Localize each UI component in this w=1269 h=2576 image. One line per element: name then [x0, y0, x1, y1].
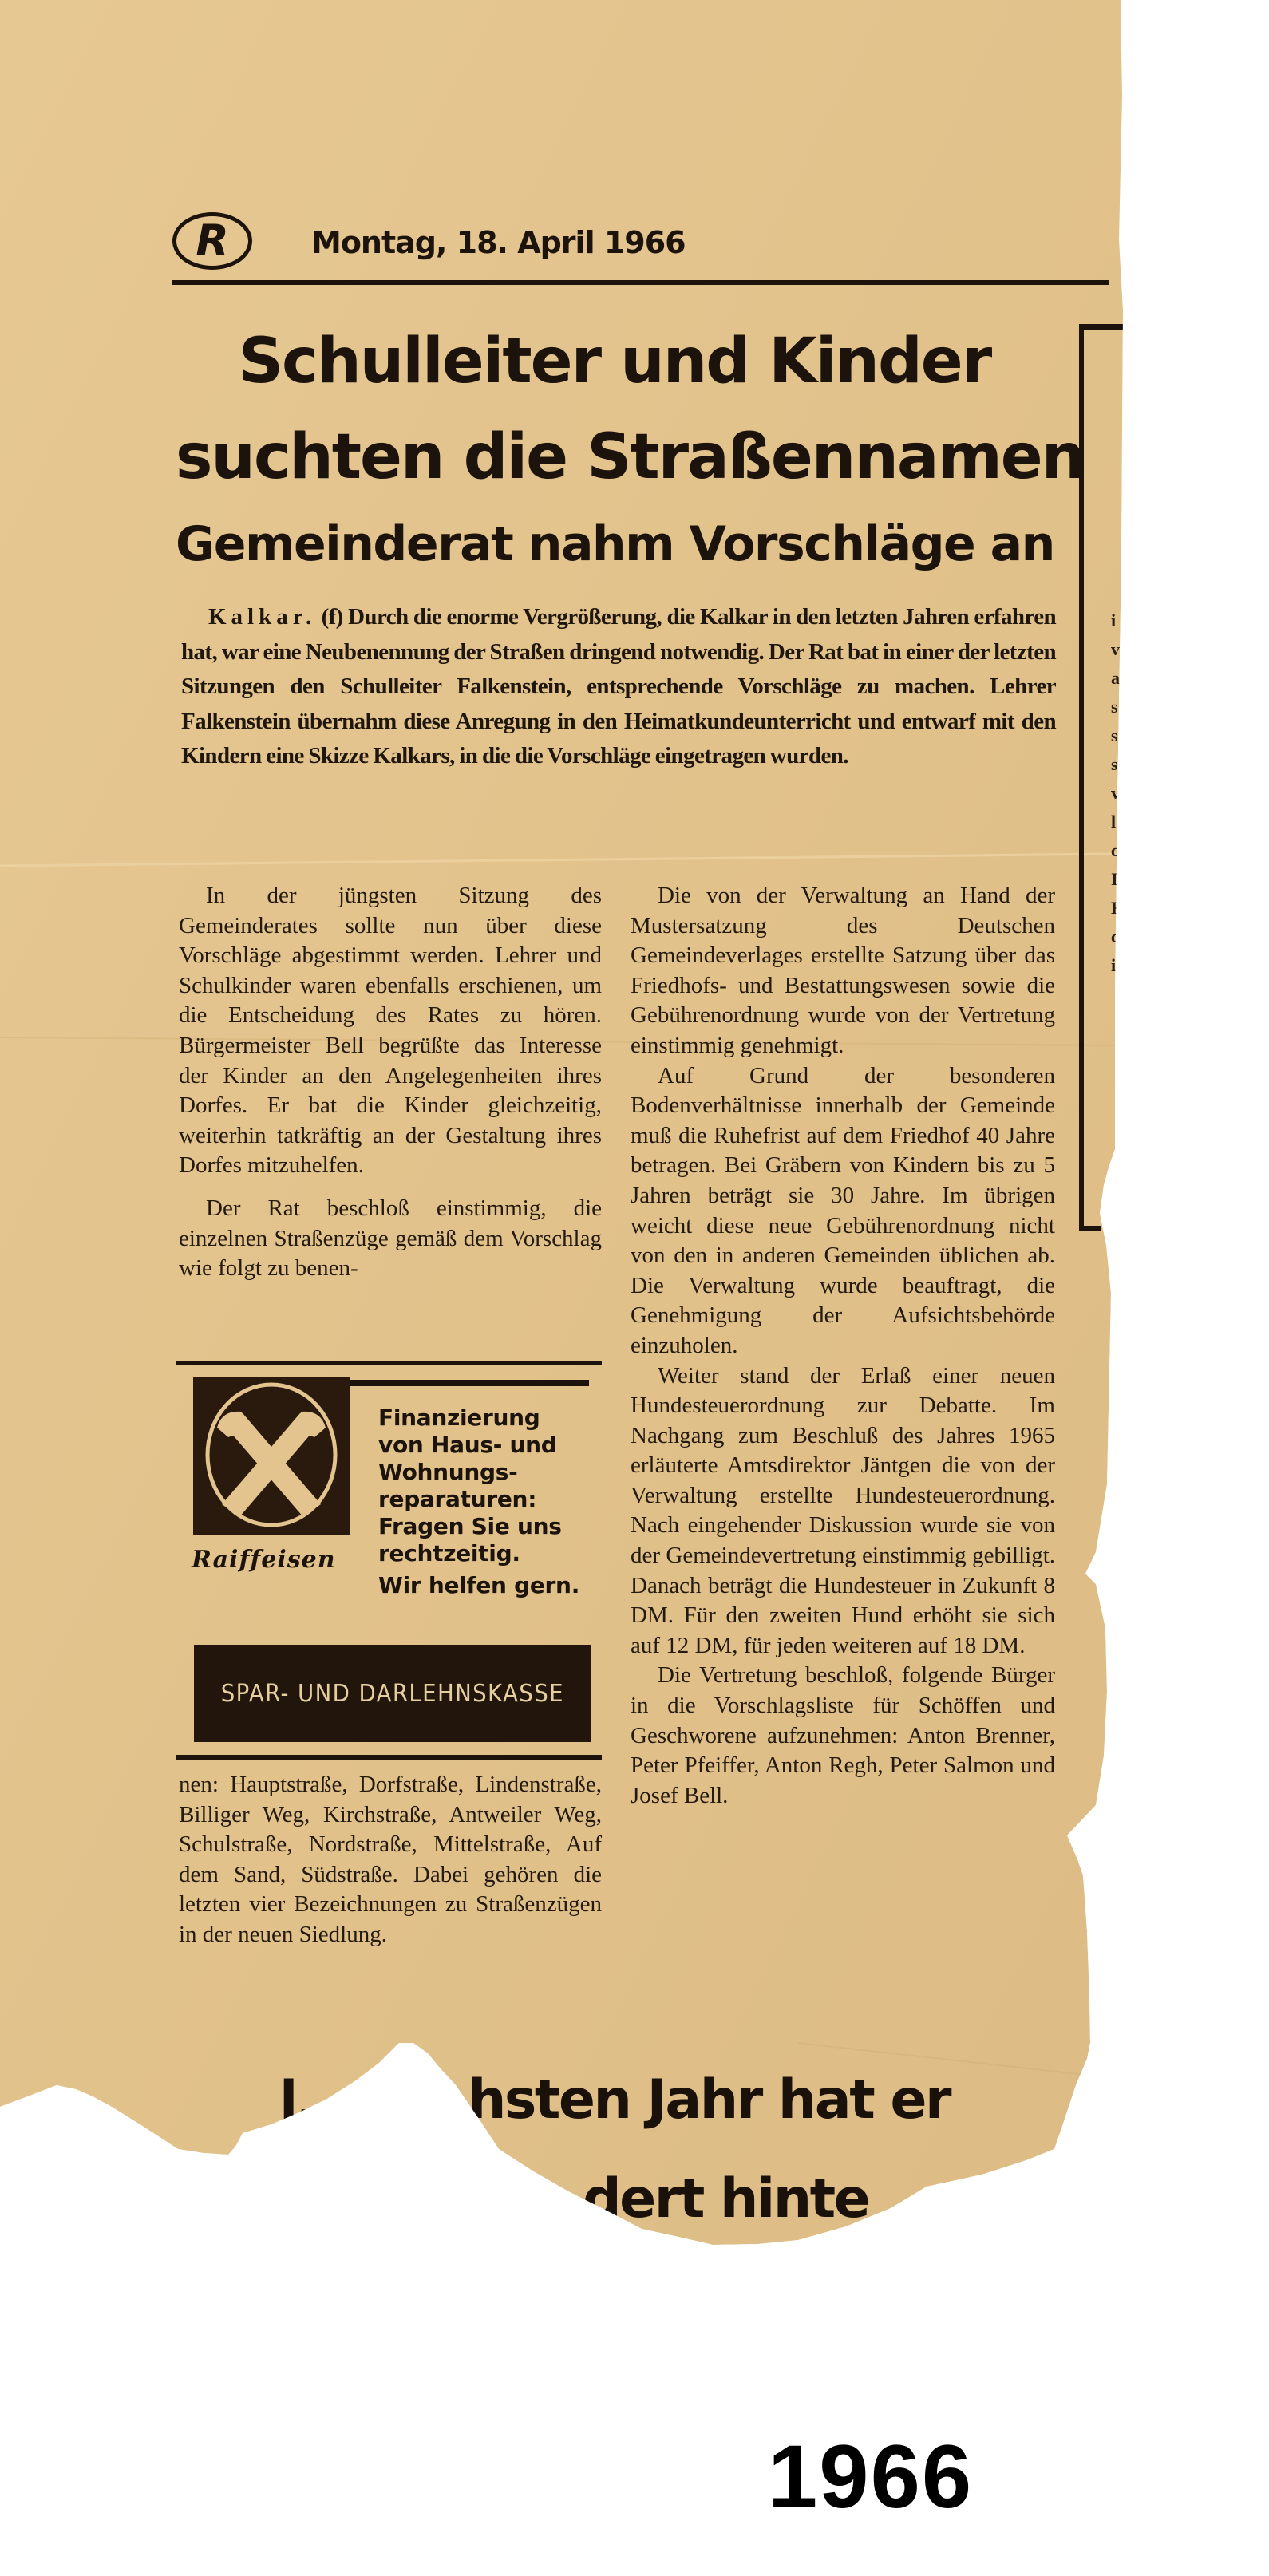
torn-edge-mask	[0, 0, 1269, 2576]
year-caption: 1966	[768, 2432, 973, 2522]
